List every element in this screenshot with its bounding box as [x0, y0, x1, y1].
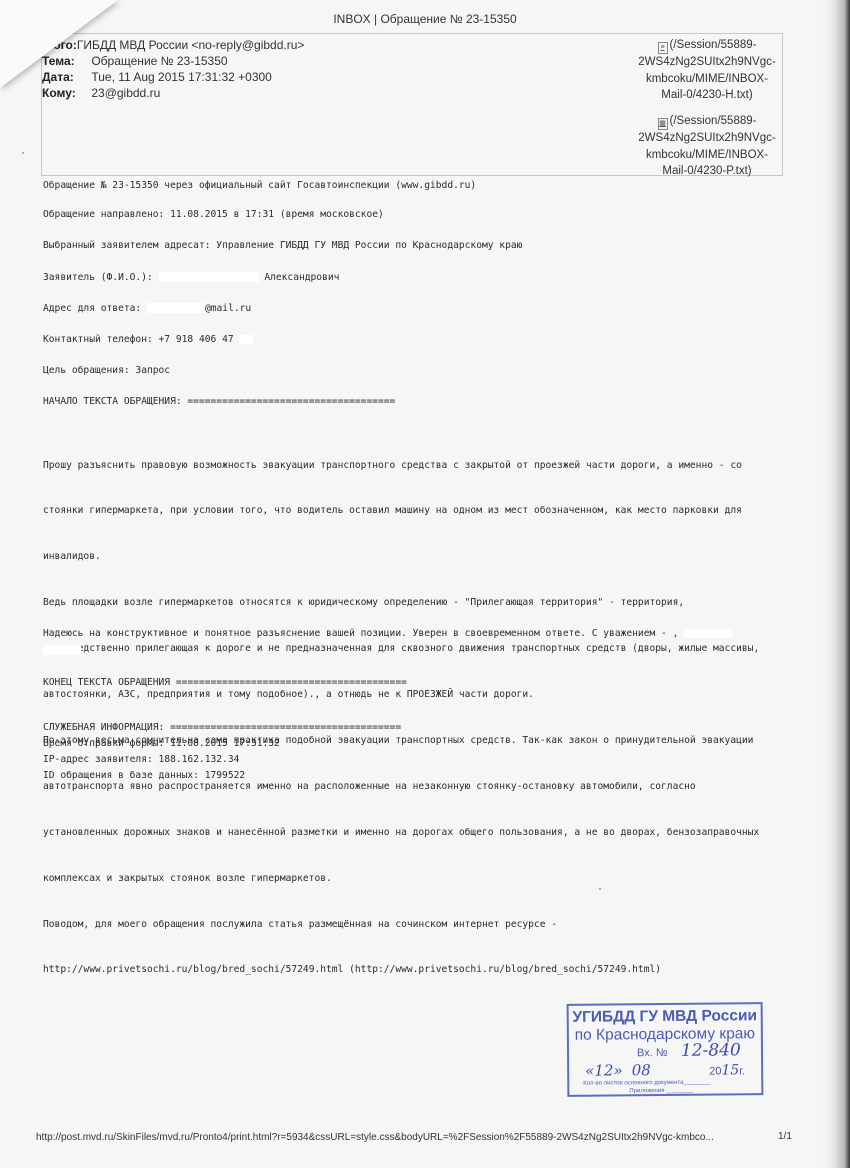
redacted-name [159, 272, 259, 282]
intro-line: Обращение № 23-15350 через официальный с… [43, 180, 476, 191]
email-header: Кого:ГИБДД МВД России <no-reply@gibdd.ru… [41, 33, 783, 176]
scan-edge-shadow [822, 0, 850, 1168]
redacted-email [147, 303, 205, 313]
attachment-link-p[interactable]: ▦(/Session/55889- 2WS4zNg2SUItx2h9NVgc- … [632, 113, 782, 180]
text-line: установленных дорожных знаков и нанесённ… [43, 825, 759, 840]
source-link-line[interactable]: http://www.privetsochi.ru/blog/bred_soch… [43, 962, 759, 977]
stamp-attachments: Приложения ________ [629, 1088, 693, 1095]
text-file-icon: ≡ [658, 42, 668, 54]
stamp-sheets: Кол-во листов основного документа_______… [583, 1080, 710, 1087]
phone-line: Контактный телефон: +7 918 406 47 [43, 334, 253, 345]
stamp-incoming-number: 12-840 [681, 1040, 741, 1061]
stamp-year: 2015г. [709, 1062, 745, 1078]
page-title: INBOX | Обращение № 23-15350 [0, 12, 850, 26]
redacted-signature-2 [43, 645, 81, 655]
text-line: комплексах и закрытых стоянок возле гипе… [43, 871, 759, 886]
redacted-phone [239, 335, 253, 344]
ip-line: IP-адрес заявителя: 188.162.132.34 [43, 754, 239, 765]
text-line: Прошу разъяснить правовую возможность эв… [43, 458, 759, 473]
text-line: инвалидов. [43, 549, 759, 564]
text-line: стоянки гипермаркета, при условии того, … [43, 503, 759, 518]
service-info-header: СЛУЖЕБНАЯ ИНФОРМАЦИЯ: ==================… [43, 722, 401, 733]
appeal-text: Прошу разъяснить правовую возможность эв… [43, 427, 759, 993]
text-line: Ведь площадки возле гипермаркетов относя… [43, 595, 759, 610]
print-url: http://post.mvd.ru/SkinFiles/mvd.ru/Pron… [36, 1132, 714, 1143]
scan-speck [22, 152, 24, 154]
image-file-icon: ▦ [658, 118, 668, 130]
sent-line: Обращение направлено: 11.08.2015 в 17:31… [43, 209, 384, 220]
scan-speck [599, 888, 601, 890]
text-line: автостоянки, АЗС, предприятия и тому под… [43, 687, 759, 702]
registration-stamp: УГИБДД ГУ МВД России по Краснодарскому к… [567, 1002, 764, 1097]
form-time-line: Время отправки формы: 11.08.2015 17:31:3… [43, 738, 280, 749]
date-value: Tue, 11 Aug 2015 17:31:32 +0300 [91, 70, 272, 84]
text-end-marker: КОНЕЦ ТЕКСТА ОБРАЩЕНИЯ =================… [43, 677, 407, 688]
to-value: 23@gibdd.ru [91, 86, 160, 100]
page-number: 1/1 [778, 1131, 792, 1142]
folded-corner [0, 0, 118, 88]
closing-line: Надеюсь на конструктивное и понятное раз… [43, 628, 732, 639]
text-start-marker: НАЧАЛО ТЕКСТА ОБРАЩЕНИЯ: ===============… [43, 396, 395, 407]
db-id-line: ID обращения в базе данных: 1799522 [43, 770, 245, 781]
stamp-incoming-label: Вх. № [637, 1047, 668, 1059]
addressee-line: Выбранный заявителем адресат: Управление… [43, 240, 522, 251]
stamp-date: «12» 08 [585, 1061, 651, 1080]
text-line: автотранспорта явно распространяется име… [43, 779, 759, 794]
redacted-signature [684, 629, 732, 638]
reply-address-line: Адрес для ответа: @mail.ru [43, 303, 251, 314]
text-line: Поводом, для моего обращения послужила с… [43, 917, 759, 932]
attachment-link-h[interactable]: ≡(/Session/55889- 2WS4zNg2SUItx2h9NVgc- … [632, 37, 782, 104]
text-line: непосредственно прилегающая к дороге и н… [43, 641, 759, 656]
stamp-org: УГИБДД ГУ МВД России [569, 1007, 761, 1027]
purpose-line: Цель обращения: Запрос [43, 365, 170, 376]
applicant-line: Заявитель (Ф.И.О.): Александрович [43, 272, 339, 283]
